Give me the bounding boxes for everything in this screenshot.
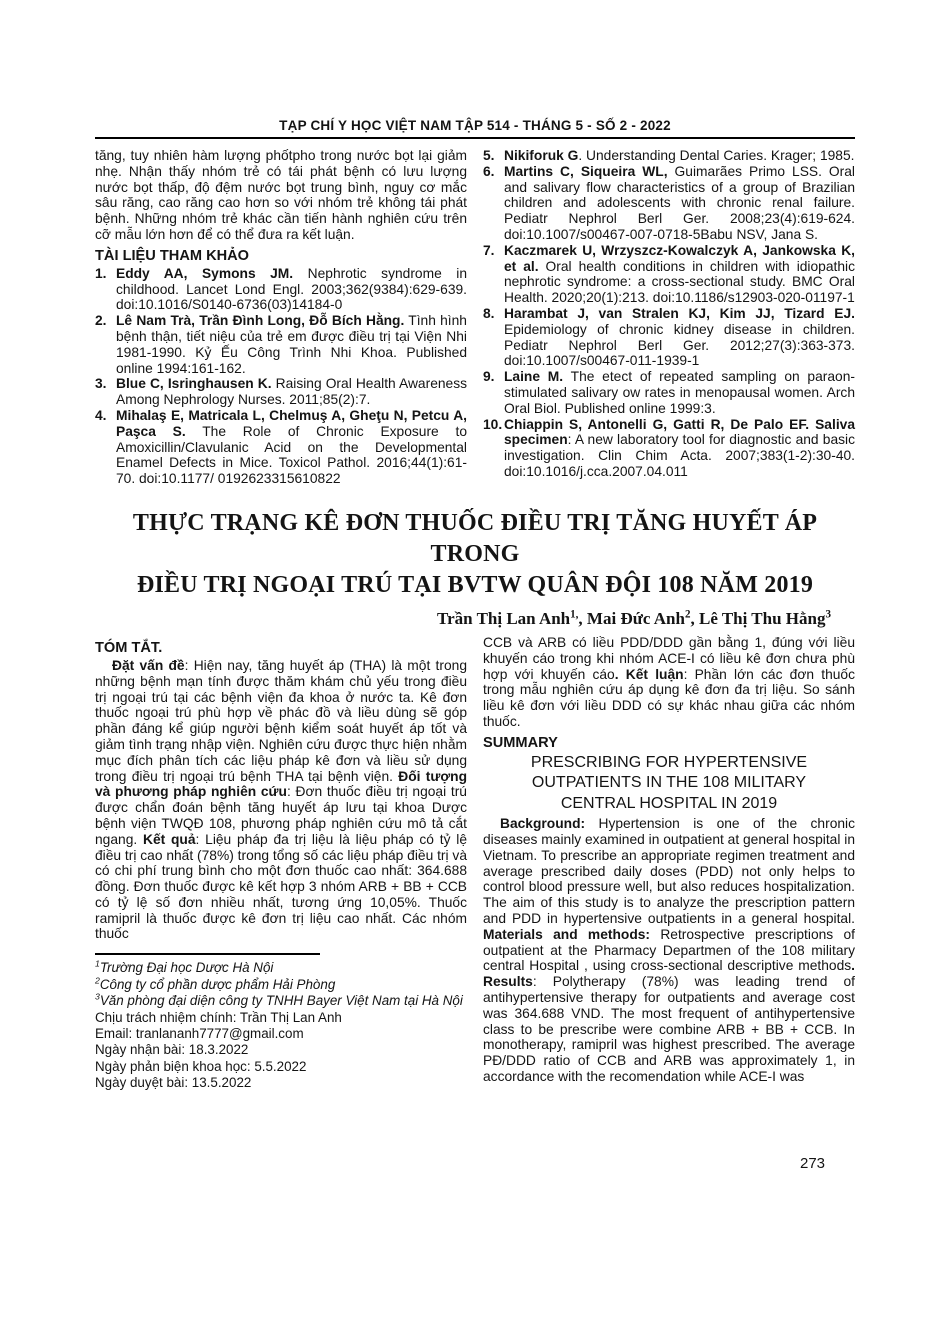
summary-body: Background: Hypertension is one of the c… <box>483 816 855 1085</box>
article2-title-line2: ĐIỀU TRỊ NGOẠI TRÚ TẠI BVTW QUÂN ĐỘI 108… <box>137 572 813 598</box>
reference-item: 6.Martins C, Siqueira WL, Guimarães Prim… <box>483 164 855 243</box>
reference-number: 4. <box>95 408 116 424</box>
article1-left-column: tăng, tuy nhiên hàm lượng phốtpho trong … <box>95 148 467 487</box>
corresponding-author-line: Chịu trách nhiệm chính: Trần Thị Lan Anh <box>95 1010 467 1026</box>
footnote-divider <box>95 953 320 955</box>
reference-number: 2. <box>95 313 116 329</box>
reference-authors: Blue C, Isringhausen K. <box>116 376 272 391</box>
reference-number: 9. <box>483 369 504 385</box>
reference-item: 10.Chiappin S, Antonelli G, Gatti R, De … <box>483 417 855 480</box>
english-title-line1: PRESCRIBING FOR HYPERTENSIVE <box>483 753 855 774</box>
footnote-block: 1Trường Đại học Dược Hà Nội 2Công ty cổ … <box>95 960 467 1091</box>
email-line: Email: tranlananh7777@gmail.com <box>95 1026 467 1042</box>
reference-item: 8.Harambat J, van Stralen KJ, Kim JJ, Ti… <box>483 306 855 369</box>
abstract-heading: TÓM TẮT. <box>95 640 467 656</box>
summary-heading: SUMMARY <box>483 735 855 751</box>
reference-text: Epidemiology of chronic kidney disease i… <box>504 322 855 369</box>
received-date-line: Ngày nhận bài: 18.3.2022 <box>95 1042 467 1058</box>
reference-text: Oral health conditions in children with … <box>504 259 855 306</box>
reference-item: 2.Lê Nam Trà, Trần Đình Long, Đỗ Bích Hằ… <box>95 313 467 376</box>
article2-title-line1: THỰC TRẠNG KÊ ĐƠN THUỐC ĐIỀU TRỊ TĂNG HU… <box>133 510 817 567</box>
reference-text: . Understanding Dental Caries. Krager; 1… <box>578 148 854 163</box>
affiliation-1: 1Trường Đại học Dược Hà Nội <box>95 960 467 976</box>
reference-number: 10. <box>483 417 504 433</box>
journal-page: TẠP CHÍ Y HỌC VIỆT NAM TẬP 514 - THÁNG 5… <box>0 0 942 1333</box>
article2-title: THỰC TRẠNG KÊ ĐƠN THUỐC ĐIỀU TRỊ TĂNG HU… <box>95 508 855 601</box>
abstract-part1: Đặt vấn đề: Hiện nay, tăng huyết áp (THA… <box>95 658 467 942</box>
reference-authors: Nikiforuk G <box>504 148 578 163</box>
reference-item: 3.Blue C, Isringhausen K. Raising Oral H… <box>95 376 467 408</box>
abstract-part2: CCB và ARB có liều PDD/DDD gần bằng 1, đ… <box>483 635 855 730</box>
page-number: 273 <box>800 1155 825 1172</box>
reference-number: 6. <box>483 164 504 180</box>
article1-columns: tăng, tuy nhiên hàm lượng phốtpho trong … <box>95 148 855 487</box>
references-heading: TÀI LIỆU THAM KHẢO <box>95 248 467 264</box>
references-list-right: 5.Nikiforuk G. Understanding Dental Cari… <box>483 148 855 480</box>
journal-header: TẠP CHÍ Y HỌC VIỆT NAM TẬP 514 - THÁNG 5… <box>95 118 855 139</box>
english-title-line2: OUTPATIENTS IN THE 108 MILITARY <box>483 773 855 794</box>
page-content: TẠP CHÍ Y HỌC VIỆT NAM TẬP 514 - THÁNG 5… <box>95 118 855 1092</box>
reference-item: 4.Mihalaş E, Matricala L, Chelmuş A, Ghe… <box>95 408 467 487</box>
references-list-left: 1.Eddy AA, Symons JM. Nephrotic syndrome… <box>95 266 467 487</box>
reference-number: 1. <box>95 266 116 282</box>
reviewed-date-line: Ngày phản biện khoa học: 5.5.2022 <box>95 1059 467 1075</box>
reference-authors: Eddy AA, Symons JM. <box>116 266 293 281</box>
reference-item: 1.Eddy AA, Symons JM. Nephrotic syndrome… <box>95 266 467 313</box>
article2-right-column: CCB và ARB có liều PDD/DDD gần bằng 1, đ… <box>483 635 855 1092</box>
article1-closing-paragraph: tăng, tuy nhiên hàm lượng phốtpho trong … <box>95 148 467 243</box>
reference-number: 3. <box>95 376 116 392</box>
article1-right-column: 5.Nikiforuk G. Understanding Dental Cari… <box>483 148 855 487</box>
reference-authors: Laine M. <box>504 369 563 384</box>
affiliation-3: 3Văn phòng đại diện công ty TNHH Bayer V… <box>95 993 467 1009</box>
reference-authors: Harambat J, van Stralen KJ, Kim JJ, Tiza… <box>504 306 855 321</box>
article2-authors: Trần Thị Lan Anh1,, Mai Đức Anh2, Lê Thị… <box>95 608 855 630</box>
article2-left-column: TÓM TẮT. Đặt vấn đề: Hiện nay, tăng huyế… <box>95 635 467 1092</box>
english-title: PRESCRIBING FOR HYPERTENSIVE OUTPATIENTS… <box>483 753 855 815</box>
affiliation-2: 2Công ty cổ phần dược phẩm Hải Phòng <box>95 977 467 993</box>
reference-authors: Lê Nam Trà, Trần Đình Long, Đỗ Bích Hằng… <box>116 313 404 328</box>
reference-item: 9.Laine M. The etect of repeated samplin… <box>483 369 855 416</box>
article2-columns: TÓM TẮT. Đặt vấn đề: Hiện nay, tăng huyế… <box>95 635 855 1092</box>
english-title-line3: CENTRAL HOSPITAL IN 2019 <box>483 794 855 815</box>
reference-item: 7.Kaczmarek U, Wrzyszcz-Kowalczyk A, Jan… <box>483 243 855 306</box>
reference-number: 8. <box>483 306 504 322</box>
reference-number: 7. <box>483 243 504 259</box>
reference-authors: Martins C, Siqueira WL, <box>504 164 668 179</box>
accepted-date-line: Ngày duyệt bài: 13.5.2022 <box>95 1075 467 1091</box>
reference-number: 5. <box>483 148 504 164</box>
reference-item: 5.Nikiforuk G. Understanding Dental Cari… <box>483 148 855 164</box>
